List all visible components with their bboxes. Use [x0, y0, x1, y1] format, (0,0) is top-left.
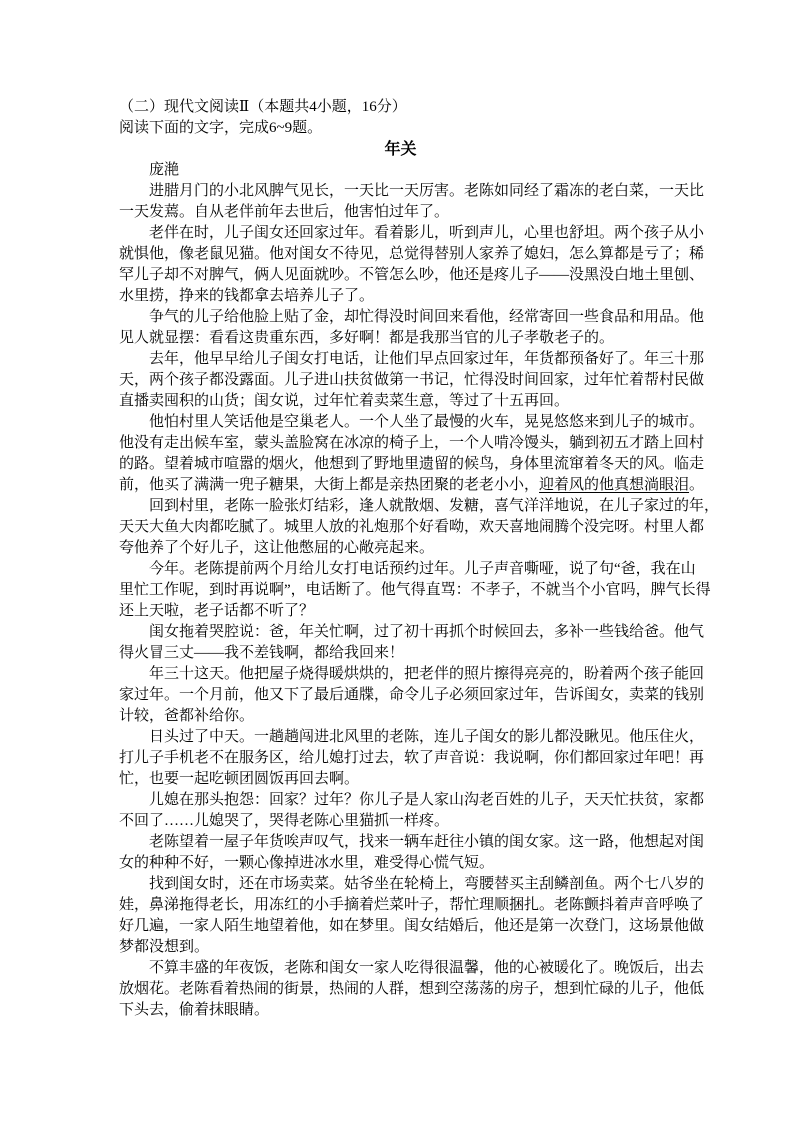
text-line: 还上天啦，老子话都不听了？	[119, 601, 682, 622]
text-line: 梦都没想到。	[119, 937, 682, 958]
text-line: 今年。老陈提前两个月给儿女打电话预约过年。儿子声音嘶哑，说了句“爸，我在山	[119, 559, 682, 580]
text-line: 见人就显摆：看看这贵重东西，多好啊！都是我那当官的儿子孝敬老子的。	[119, 328, 682, 349]
text-line: 日头过了中天。一趟趟闯进北风里的老陈，连儿子闺女的影儿都没瞅见。他压住火，	[119, 727, 682, 748]
text-line: 打儿子手机老不在服务区，给儿媳打过去，软了声音说：我说啊，你们都回家过年吧！再	[119, 748, 682, 769]
text-line: 争气的儿子给他脸上贴了金，却忙得没时间回来看他，经常寄回一些食品和用品。他	[119, 307, 682, 328]
paragraph: 去年，他早早给儿子闺女打电话，让他们早点回家过年，年货都预备好了。年三十那天，两…	[119, 349, 682, 412]
text-line: 里忙工作呢，到时再说啊”，电话断了。他气得直骂：不孝子，不就当个小官吗，脾气长得	[119, 580, 682, 601]
text-line: 女的种种不好，一颗心像掉进冰水里，难受得心慌气短。	[119, 853, 682, 874]
text-line: 回到村里，老陈一脸张灯结彩，逢人就散烟、发糖，喜气洋洋地说，在儿子家过的年，	[119, 496, 682, 517]
paragraph: 找到闺女时，还在市场卖菜。姑爷坐在轮椅上，弯腰替买主刮鳞剖鱼。两个七八岁的娃，鼻…	[119, 874, 682, 958]
story-paragraphs: 进腊月门的小北风脾气见长，一天比一天厉害。老陈如同经了霜冻的老白菜，一天比一天发…	[119, 181, 682, 1021]
paragraph: 年三十这天。他把屋子烧得暖烘烘的，把老伴的照片擦得亮亮的，盼着两个孩子能回家过年…	[119, 664, 682, 727]
text-line: 下头去，偷着抹眼睛。	[119, 1000, 682, 1021]
story-author: 庞滟	[119, 160, 682, 181]
text-line: 老陈望着一屋子年货唉声叹气，找来一辆车赶往小镇的闺女家。这一路，他想起对闺	[119, 832, 682, 853]
paragraph: 今年。老陈提前两个月给儿女打电话预约过年。儿子声音嘶哑，说了句“爸，我在山里忙工…	[119, 559, 682, 622]
text-line: 不算丰盛的年夜饭，老陈和闺女一家人吃得很温馨，他的心被暖化了。晚饭后，出去	[119, 958, 682, 979]
text-line: 水里捞，挣来的钱都拿去培养儿子了。	[119, 286, 682, 307]
text-line: 天天大鱼大肉都吃腻了。城里人放的礼炮那个好看呦，欢天喜地闹腾个没完呀。村里人都	[119, 517, 682, 538]
paragraph: 日头过了中天。一趟趟闯进北风里的老陈，连儿子闺女的影儿都没瞅见。他压住火，打儿子…	[119, 727, 682, 790]
text-segment: 前，他买了满满一兜子糖果，大街上都是亲热团聚的老老小小，	[119, 477, 539, 493]
text-line: 夸他养了个好儿子，这让他憋屈的心敞亮起来。	[119, 538, 682, 559]
text-line: 老伴在时，儿子闺女还回家过年。看着影儿，听到声儿，心里也舒坦。两个孩子从小	[119, 223, 682, 244]
text-line: 就惧他，像老鼠见猫。他对闺女不待见，总觉得替别人家养了媳妇，怎么算都是亏了；稀	[119, 244, 682, 265]
text-line: 罕儿子却不对脾气，俩人见面就吵。不管怎么吵，他还是疼儿子——没黑没白地土里刨、	[119, 265, 682, 286]
text-line: 计较，爸都补给你。	[119, 706, 682, 727]
text-line: 儿媳在那头抱怨：回家？过年？你儿子是人家山沟老百姓的儿子，天天忙扶贫，家都	[119, 790, 682, 811]
story-title: 年关	[119, 139, 682, 160]
text-line: 直播卖囤积的山货；闺女说，过年忙着卖菜生意，等过了十五再回。	[119, 391, 682, 412]
text-line: 闺女拖着哭腔说：爸，年关忙啊，过了初十再抓个时候回去，多补一些钱给爸。他气	[119, 622, 682, 643]
text-line: 他没有走出候车室，蒙头盖脸窝在冰凉的椅子上，一个人啃冷馒头，躺到初五才踏上回村	[119, 433, 682, 454]
text-line: 他怕村里人笑话他是空巢老人。一个人坐了最慢的火车，晃晃悠悠来到儿子的城市。	[119, 412, 682, 433]
paragraph: 他怕村里人笑话他是空巢老人。一个人坐了最慢的火车，晃晃悠悠来到儿子的城市。他没有…	[119, 412, 682, 496]
paragraph: 争气的儿子给他脸上贴了金，却忙得没时间回来看他，经常寄回一些食品和用品。他见人就…	[119, 307, 682, 349]
paragraph: 闺女拖着哭腔说：爸，年关忙啊，过了初十再抓个时候回去，多补一些钱给爸。他气得火冒…	[119, 622, 682, 664]
text-line: 一天发蔫。自从老伴前年去世后，他害怕过年了。	[119, 202, 682, 223]
text-line: 前，他买了满满一兜子糖果，大街上都是亲热团聚的老老小小，迎着风的他真想淌眼泪。	[119, 475, 682, 496]
text-line: 得火冒三丈——我不差钱啊，都给我回来！	[119, 643, 682, 664]
text-line: 娃，鼻涕拖得老长，用冻红的小手摘着烂菜叶子，帮忙理顺捆扎。老陈颤抖着声音呼唤了	[119, 895, 682, 916]
text-line: 家过年。一个月前，他又下了最后通牒，命令儿子必须回家过年，告诉闺女，卖菜的钱别	[119, 685, 682, 706]
text-line: 进腊月门的小北风脾气见长，一天比一天厉害。老陈如同经了霜冻的老白菜，一天比	[119, 181, 682, 202]
paragraph: 进腊月门的小北风脾气见长，一天比一天厉害。老陈如同经了霜冻的老白菜，一天比一天发…	[119, 181, 682, 223]
text-line: 好几遍，一家人陌生地望着他，如在梦里。闺女结婚后，他还是第一次登门，这场景他做	[119, 916, 682, 937]
text-line: 不回了……儿媳哭了，哭得老陈心里猫抓一样疼。	[119, 811, 682, 832]
reading-instruction: 阅读下面的文字，完成6~9题。	[119, 118, 682, 139]
paragraph: 不算丰盛的年夜饭，老陈和闺女一家人吃得很温馨，他的心被暖化了。晚饭后，出去放烟花…	[119, 958, 682, 1021]
paragraph: 回到村里，老陈一脸张灯结彩，逢人就散烟、发糖，喜气洋洋地说，在儿子家过的年，天天…	[119, 496, 682, 559]
text-line: 放烟花。老陈看着热闹的街景，热闹的人群，想到空荡荡的房子，想到忙碌的儿子，他低	[119, 979, 682, 1000]
paragraph: 老陈望着一屋子年货唉声叹气，找来一辆车赶往小镇的闺女家。这一路，他想起对闺女的种…	[119, 832, 682, 874]
text-line: 天，两个孩子都没露面。儿子进山扶贫做第一书记，忙得没时间回家，过年忙着帮村民做	[119, 370, 682, 391]
underlined-phrase: 迎着风的他真想淌眼泪	[539, 477, 689, 493]
document-page: （二）现代文阅读Ⅱ（本题共4小题，16分） 阅读下面的文字，完成6~9题。 年关…	[0, 0, 794, 1123]
paragraph: 老伴在时，儿子闺女还回家过年。看着影儿，听到声儿，心里也舒坦。两个孩子从小就惧他…	[119, 223, 682, 307]
text-line: 的路。望着城市喧嚣的烟火，他想到了野地里遗留的候鸟，身体里流窜着冬天的风。临走	[119, 454, 682, 475]
text-line: 去年，他早早给儿子闺女打电话，让他们早点回家过年，年货都预备好了。年三十那	[119, 349, 682, 370]
text-line: 找到闺女时，还在市场卖菜。姑爷坐在轮椅上，弯腰替买主刮鳞剖鱼。两个七八岁的	[119, 874, 682, 895]
text-line: 年三十这天。他把屋子烧得暖烘烘的，把老伴的照片擦得亮亮的，盼着两个孩子能回	[119, 664, 682, 685]
section-header: （二）现代文阅读Ⅱ（本题共4小题，16分）	[119, 97, 682, 118]
text-line: 忙，也要一起吃顿团圆饭再回去啊。	[119, 769, 682, 790]
text-segment: 。	[689, 477, 704, 493]
paragraph: 儿媳在那头抱怨：回家？过年？你儿子是人家山沟老百姓的儿子，天天忙扶贫，家都不回了…	[119, 790, 682, 832]
